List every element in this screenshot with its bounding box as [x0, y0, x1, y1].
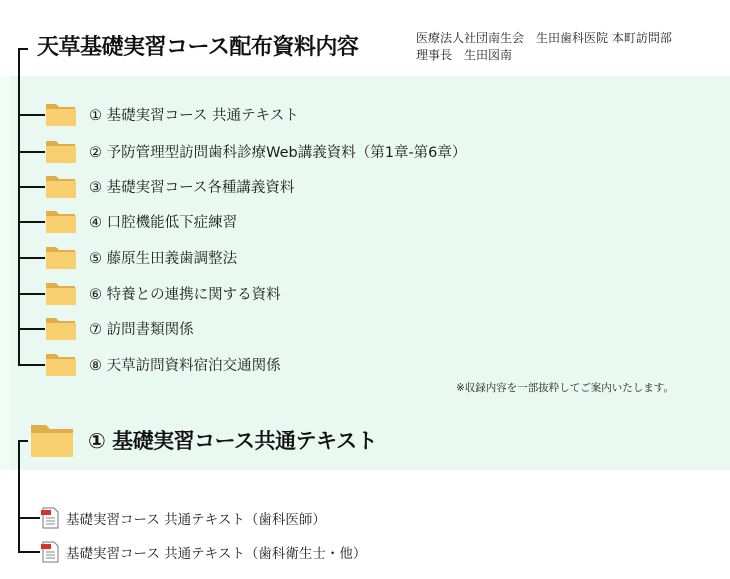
folder-icon: [45, 244, 77, 270]
folder-label: ⑦ 訪問書類関係: [89, 318, 194, 339]
folder-icon: [45, 208, 77, 234]
file-label: 基礎実習コース 共通テキスト（歯科衛生士・他）: [66, 542, 366, 562]
tree-branch: [18, 221, 45, 223]
folder-item-2[interactable]: ② 予防管理型訪問歯科診療Web講義資料（第1章-第6章）: [45, 137, 466, 165]
pdf-file-item-2[interactable]: 基礎実習コース 共通テキスト（歯科衛生士・他）: [40, 540, 366, 564]
organization-info: 医療法人社団南生会 生田歯科医院 本町訪問部 理事長 生田図南: [416, 30, 672, 64]
tree-branch: [18, 114, 45, 116]
folder-item-4[interactable]: ④ 口腔機能低下症練習: [45, 207, 237, 235]
folder-label: ① 基礎実習コース 共通テキスト: [89, 104, 299, 125]
tree-line: [18, 440, 28, 442]
tree-line: [18, 440, 20, 552]
section-folder-heading[interactable]: ① 基礎実習コース共通テキスト: [30, 420, 377, 460]
tree-branch: [18, 293, 45, 295]
left-strip: [0, 76, 10, 470]
folder-item-7[interactable]: ⑦ 訪問書類関係: [45, 314, 194, 342]
director-name: 理事長 生田図南: [416, 47, 672, 64]
folder-label: ③ 基礎実習コース各種講義資料: [89, 176, 294, 197]
tree-line: [18, 48, 20, 365]
folder-label: ⑥ 特養との連携に関する資料: [89, 283, 281, 304]
folder-icon: [30, 422, 74, 458]
tree-branch: [18, 517, 40, 519]
folder-label: ② 予防管理型訪問歯科診療Web講義資料（第1章-第6章）: [89, 141, 466, 162]
section-title: ① 基礎実習コース共通テキスト: [88, 425, 377, 455]
pdf-file-icon: [40, 541, 60, 563]
excerpt-note: ※収録内容を一部抜粋してご案内いたします。: [456, 380, 674, 395]
folder-icon: [45, 280, 77, 306]
folder-item-3[interactable]: ③ 基礎実習コース各種講義資料: [45, 172, 294, 200]
folder-item-1[interactable]: ① 基礎実習コース 共通テキスト: [45, 100, 299, 128]
page-title: 天草基礎実習コース配布資料内容: [37, 30, 358, 61]
tree-branch: [18, 257, 45, 259]
folder-label: ④ 口腔機能低下症練習: [89, 211, 237, 232]
folder-label: ⑧ 天草訪問資料宿泊交通関係: [89, 354, 281, 375]
tree-branch: [18, 364, 45, 366]
folder-item-5[interactable]: ⑤ 藤原生田義歯調整法: [45, 243, 237, 271]
folder-item-8[interactable]: ⑧ 天草訪問資料宿泊交通関係: [45, 350, 281, 378]
folder-icon: [45, 138, 77, 164]
folder-icon: [45, 315, 77, 341]
folder-icon: [45, 173, 77, 199]
tree-branch: [18, 328, 45, 330]
file-label: 基礎実習コース 共通テキスト（歯科医師）: [66, 508, 326, 528]
tree-branch: [18, 186, 45, 188]
folder-icon: [45, 101, 77, 127]
organization-name: 医療法人社団南生会 生田歯科医院 本町訪問部: [416, 30, 672, 47]
folder-list-panel: [10, 76, 730, 470]
folder-label: ⑤ 藤原生田義歯調整法: [89, 247, 237, 268]
pdf-file-icon: [40, 507, 60, 529]
pdf-file-item-1[interactable]: 基礎実習コース 共通テキスト（歯科医師）: [40, 506, 326, 530]
tree-branch: [18, 151, 45, 153]
folder-item-6[interactable]: ⑥ 特養との連携に関する資料: [45, 279, 281, 307]
tree-branch: [18, 551, 40, 553]
tree-line: [18, 48, 28, 50]
folder-icon: [45, 351, 77, 377]
